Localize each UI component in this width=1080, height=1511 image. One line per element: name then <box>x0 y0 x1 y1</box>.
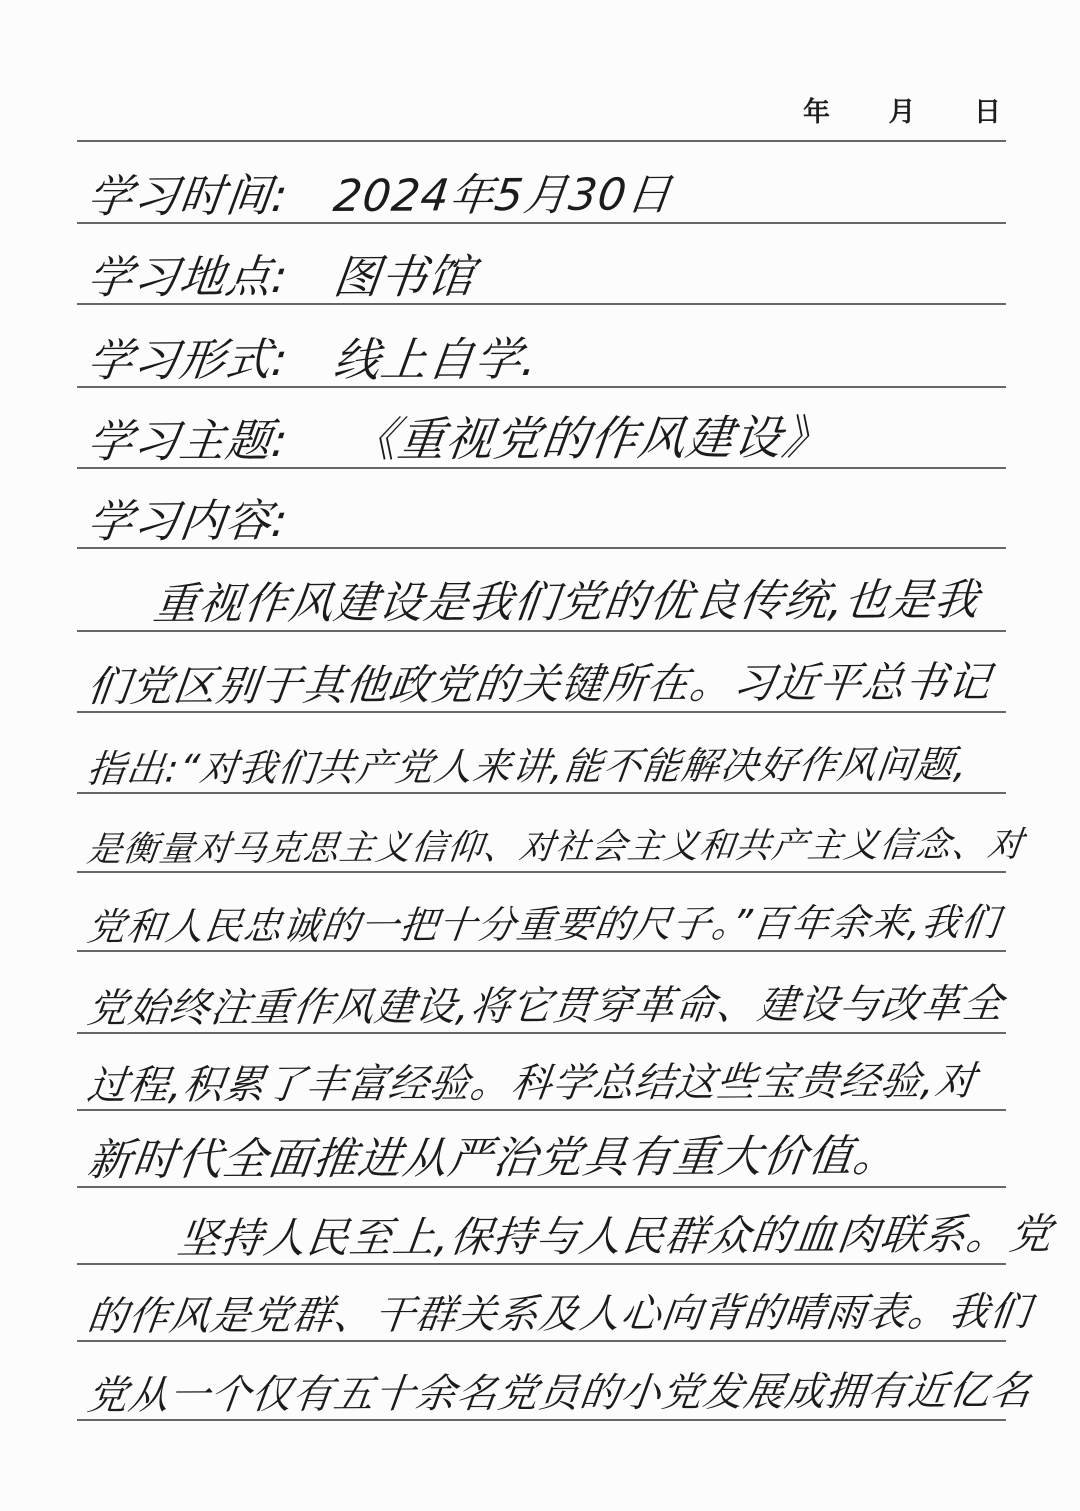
study-place-value: 图书馆 <box>331 252 478 301</box>
body-line-text: 是衡量对马克思主义信仰、对社会主义和共产主义信念、对 <box>85 827 1026 869</box>
day-label: 日 <box>974 90 1001 129</box>
body-line-6: 党始终注重作风建设,将它贯穿革命、建设与改革全 <box>85 962 1010 1030</box>
body-line-10: 的作风是党群、干群关系及人心向背的晴雨表。我们 <box>85 1270 1010 1338</box>
year-label: 年 <box>803 90 830 129</box>
body-line-text: 指出:“对我们共产党人来讲,能不能解决好作风问题, <box>85 746 970 790</box>
month-label: 月 <box>889 90 916 129</box>
study-place-label: 学习地点: <box>85 253 291 301</box>
body-line-7: 过程,积累了丰富经验。科学总结这些宝贵经验,对 <box>85 1039 1010 1107</box>
body-line-1: 重视作风建设是我们党的优良传统,也是我 <box>85 560 1010 628</box>
field-row-study-place: 学习地点: 图书馆 <box>85 233 1010 301</box>
ruled-line <box>77 711 1006 713</box>
notebook-page: 年 月 日 学习时间: 2024年5月30日 学习地点: 图书馆 学习形式: 线… <box>0 0 1080 1511</box>
ruled-line <box>77 1186 1006 1188</box>
body-line-3: 指出:“对我们共产党人来讲,能不能解决好作风问题, <box>85 722 1010 790</box>
body-line-11: 党从一个仅有五十余名党员的小党发展成拥有近亿名 <box>85 1349 1010 1417</box>
body-line-text: 重视作风建设是我们党的优良传统,也是我 <box>151 577 982 628</box>
ruled-line <box>77 140 1006 142</box>
date-header: 年 月 日 <box>803 90 1001 129</box>
study-time-value: 2024年5月30日 <box>331 172 675 220</box>
field-row-study-topic: 学习主题: 《重视党的作风建设》 <box>85 397 1010 465</box>
body-line-text: 新时代全面推进从严治党具有重大价值。 <box>85 1134 901 1184</box>
study-topic-value: 《重视党的作风建设》 <box>347 413 833 465</box>
ruled-line <box>77 871 1006 873</box>
ruled-line <box>77 1340 1006 1342</box>
ruled-line <box>77 1419 1006 1421</box>
ruled-line <box>77 630 1006 632</box>
ruled-line <box>77 1263 1006 1265</box>
study-time-label: 学习时间: <box>85 172 291 220</box>
body-line-4: 是衡量对马克思主义信仰、对社会主义和共产主义信念、对 <box>85 801 1010 869</box>
body-line-text: 过程,积累了丰富经验。科学总结这些宝贵经验,对 <box>85 1060 979 1107</box>
study-topic-label: 学习主题: <box>85 417 291 465</box>
study-form-value: 线上自学. <box>331 335 540 384</box>
body-line-text: 党从一个仅有五十余名党员的小党发展成拥有近亿名 <box>85 1370 1034 1417</box>
body-line-9: 坚持人民至上,保持与人民群众的血肉联系。党 <box>85 1193 1010 1261</box>
body-line-text: 们党区别于其他政党的关键所在。习近平总书记 <box>85 660 994 709</box>
field-row-study-time: 学习时间: 2024年5月30日 <box>85 152 1010 220</box>
ruled-line <box>77 1109 1006 1111</box>
body-line-text: 党和人民忠诚的一把十分重要的尺子。”百年余来,我们 <box>85 903 1002 948</box>
body-line-2: 们党区别于其他政党的关键所在。习近平总书记 <box>85 641 1010 709</box>
ruled-line <box>77 1032 1006 1034</box>
study-content-label: 学习内容: <box>85 497 291 545</box>
body-line-text: 的作风是党群、干群关系及人心向背的晴雨表。我们 <box>85 1291 1034 1338</box>
study-form-label: 学习形式: <box>85 336 291 384</box>
body-line-text: 坚持人民至上,保持与人民群众的血肉联系。党 <box>175 1212 1055 1261</box>
body-line-5: 党和人民忠诚的一把十分重要的尺子。”百年余来,我们 <box>85 880 1010 948</box>
field-row-study-form: 学习形式: 线上自学. <box>85 316 1010 384</box>
body-line-8: 新时代全面推进从严治党具有重大价值。 <box>85 1116 1010 1184</box>
field-row-study-content: 学习内容: <box>85 477 1010 545</box>
ruled-line <box>77 950 1006 952</box>
body-line-text: 党始终注重作风建设,将它贯穿革命、建设与改革全 <box>85 983 1006 1030</box>
ruled-line <box>77 792 1006 794</box>
